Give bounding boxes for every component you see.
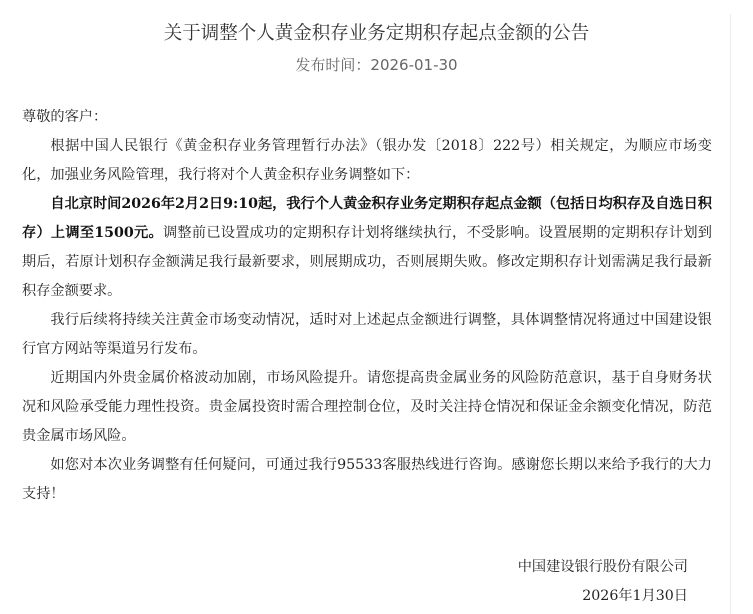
page-title: 关于调整个人黄金积存业务定期积存起点金额的公告 [0, 14, 753, 54]
paragraph-adjustment: 自北京时间2026年2月2日9:10起，我行个人黄金积存业务定期积存起点金额（包… [22, 190, 712, 306]
signature-date: 2026年1月30日 [582, 585, 688, 605]
signature-company: 中国建设银行股份有限公司 [518, 556, 688, 576]
paragraph-followup: 我行后续将持续关注黄金市场变动情况，适时对上述起点金额进行调整，具体调整情况将通… [22, 306, 712, 364]
publish-time: 发布时间：2026-01-30 [0, 52, 753, 78]
paragraph-risk-warning: 近期国内外贵金属价格波动加剧，市场风险提升。请您提高贵金属业务的风险防范意识，基… [22, 364, 712, 451]
announcement-body: 尊敬的客户： 根据中国人民银行《黄金积存业务管理暂行办法》（银办发〔2018〕2… [22, 103, 712, 509]
paragraph-contact: 如您对本次业务调整有任何疑问，可通过我行95533客服热线进行咨询。感谢您长期以… [22, 451, 712, 509]
page-edge-divider [730, 14, 731, 614]
announcement-page: 关于调整个人黄金积存业务定期积存起点金额的公告 发布时间：2026-01-30 … [0, 0, 730, 614]
paragraph-basis: 根据中国人民银行《黄金积存业务管理暂行办法》（银办发〔2018〕222号）相关规… [22, 132, 712, 190]
salutation: 尊敬的客户： [22, 103, 712, 132]
